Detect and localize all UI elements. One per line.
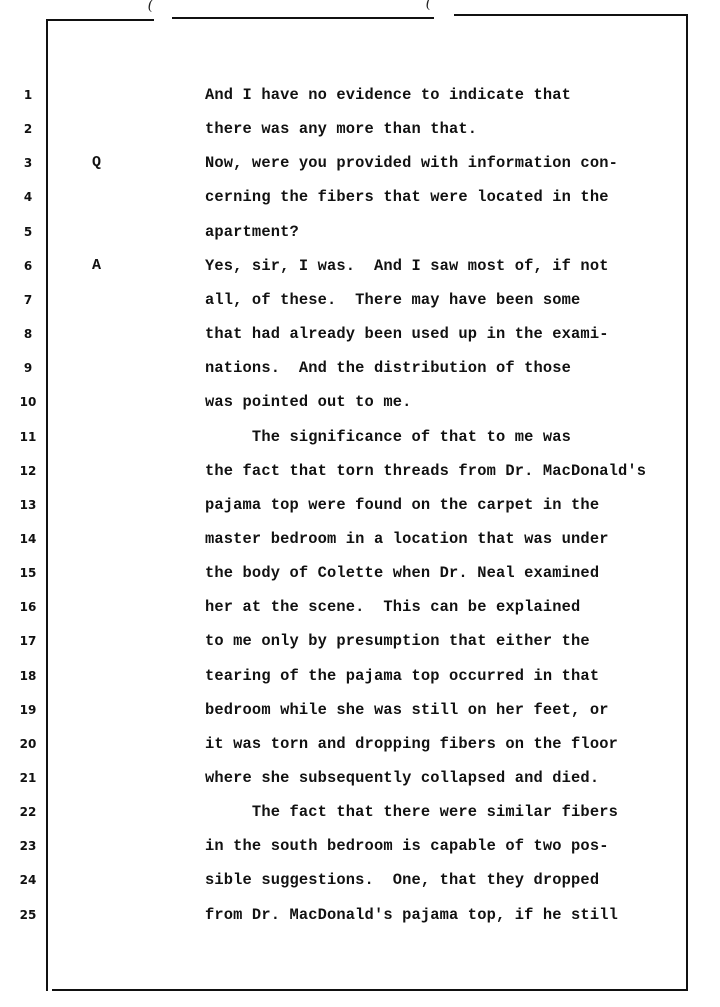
transcript-line-text: that had already been used up in the exa… (205, 325, 609, 343)
transcript-line-text: all, of these. There may have been some (205, 291, 580, 309)
line-number: 2 (14, 122, 42, 136)
frame-right-border (686, 14, 688, 990)
line-number: 16 (14, 600, 42, 614)
line-number: 17 (14, 634, 42, 648)
frame-top-border-segment (454, 14, 688, 16)
line-number: 19 (14, 703, 42, 717)
line-number: 10 (14, 395, 42, 409)
line-number: 22 (14, 805, 42, 819)
speaker-label: Q (92, 154, 101, 171)
line-number: 14 (14, 532, 42, 546)
line-number: 3 (14, 156, 42, 170)
transcript-line-text: The significance of that to me was (205, 428, 571, 446)
line-number: 1 (14, 88, 42, 102)
transcript-line-text: was pointed out to me. (205, 393, 412, 411)
transcript-line-text: where she subsequently collapsed and die… (205, 769, 599, 787)
binding-mark: ( (426, 0, 431, 12)
line-number: 9 (14, 361, 42, 375)
transcript-line-text: sible suggestions. One, that they droppe… (205, 871, 599, 889)
frame-top-border-segment (46, 19, 154, 21)
transcript-line-text: it was torn and dropping fibers on the f… (205, 735, 618, 753)
transcript-line-text: the body of Colette when Dr. Neal examin… (205, 564, 599, 582)
line-number: 13 (14, 498, 42, 512)
line-number: 12 (14, 464, 42, 478)
transcript-page: ( ( 1And I have no evidence to indicate … (0, 0, 720, 1007)
transcript-line-text: there was any more than that. (205, 120, 477, 138)
transcript-line-text: apartment? (205, 223, 299, 241)
frame-bottom-border (52, 989, 688, 991)
line-number: 20 (14, 737, 42, 751)
transcript-line-text: Yes, sir, I was. And I saw most of, if n… (205, 257, 609, 275)
transcript-line-text: The fact that there were similar fibers (205, 803, 618, 821)
line-number: 15 (14, 566, 42, 580)
transcript-line-text: nations. And the distribution of those (205, 359, 571, 377)
transcript-line-text: tearing of the pajama top occurred in th… (205, 667, 599, 685)
transcript-line-text: to me only by presumption that either th… (205, 632, 590, 650)
line-number: 8 (14, 327, 42, 341)
line-number: 21 (14, 771, 42, 785)
line-number: 7 (14, 293, 42, 307)
binding-mark: ( (148, 0, 153, 14)
line-number: 11 (14, 430, 42, 444)
line-number: 25 (14, 908, 42, 922)
line-number: 24 (14, 873, 42, 887)
frame-left-border (46, 19, 48, 991)
transcript-line-text: from Dr. MacDonald's pajama top, if he s… (205, 906, 618, 924)
transcript-line-text: Now, were you provided with information … (205, 154, 618, 172)
transcript-line-text: bedroom while she was still on her feet,… (205, 701, 609, 719)
transcript-line-text: master bedroom in a location that was un… (205, 530, 609, 548)
frame-top-border-segment (172, 17, 434, 19)
transcript-line-text: pajama top were found on the carpet in t… (205, 496, 599, 514)
line-number: 23 (14, 839, 42, 853)
transcript-line-text: the fact that torn threads from Dr. MacD… (205, 462, 646, 480)
line-number: 6 (14, 259, 42, 273)
speaker-label: A (92, 257, 101, 274)
line-number: 4 (14, 190, 42, 204)
transcript-line-text: her at the scene. This can be explained (205, 598, 580, 616)
line-number: 18 (14, 669, 42, 683)
transcript-line-text: in the south bedroom is capable of two p… (205, 837, 609, 855)
transcript-line-text: cerning the fibers that were located in … (205, 188, 609, 206)
transcript-line-text: And I have no evidence to indicate that (205, 86, 571, 104)
line-number: 5 (14, 225, 42, 239)
